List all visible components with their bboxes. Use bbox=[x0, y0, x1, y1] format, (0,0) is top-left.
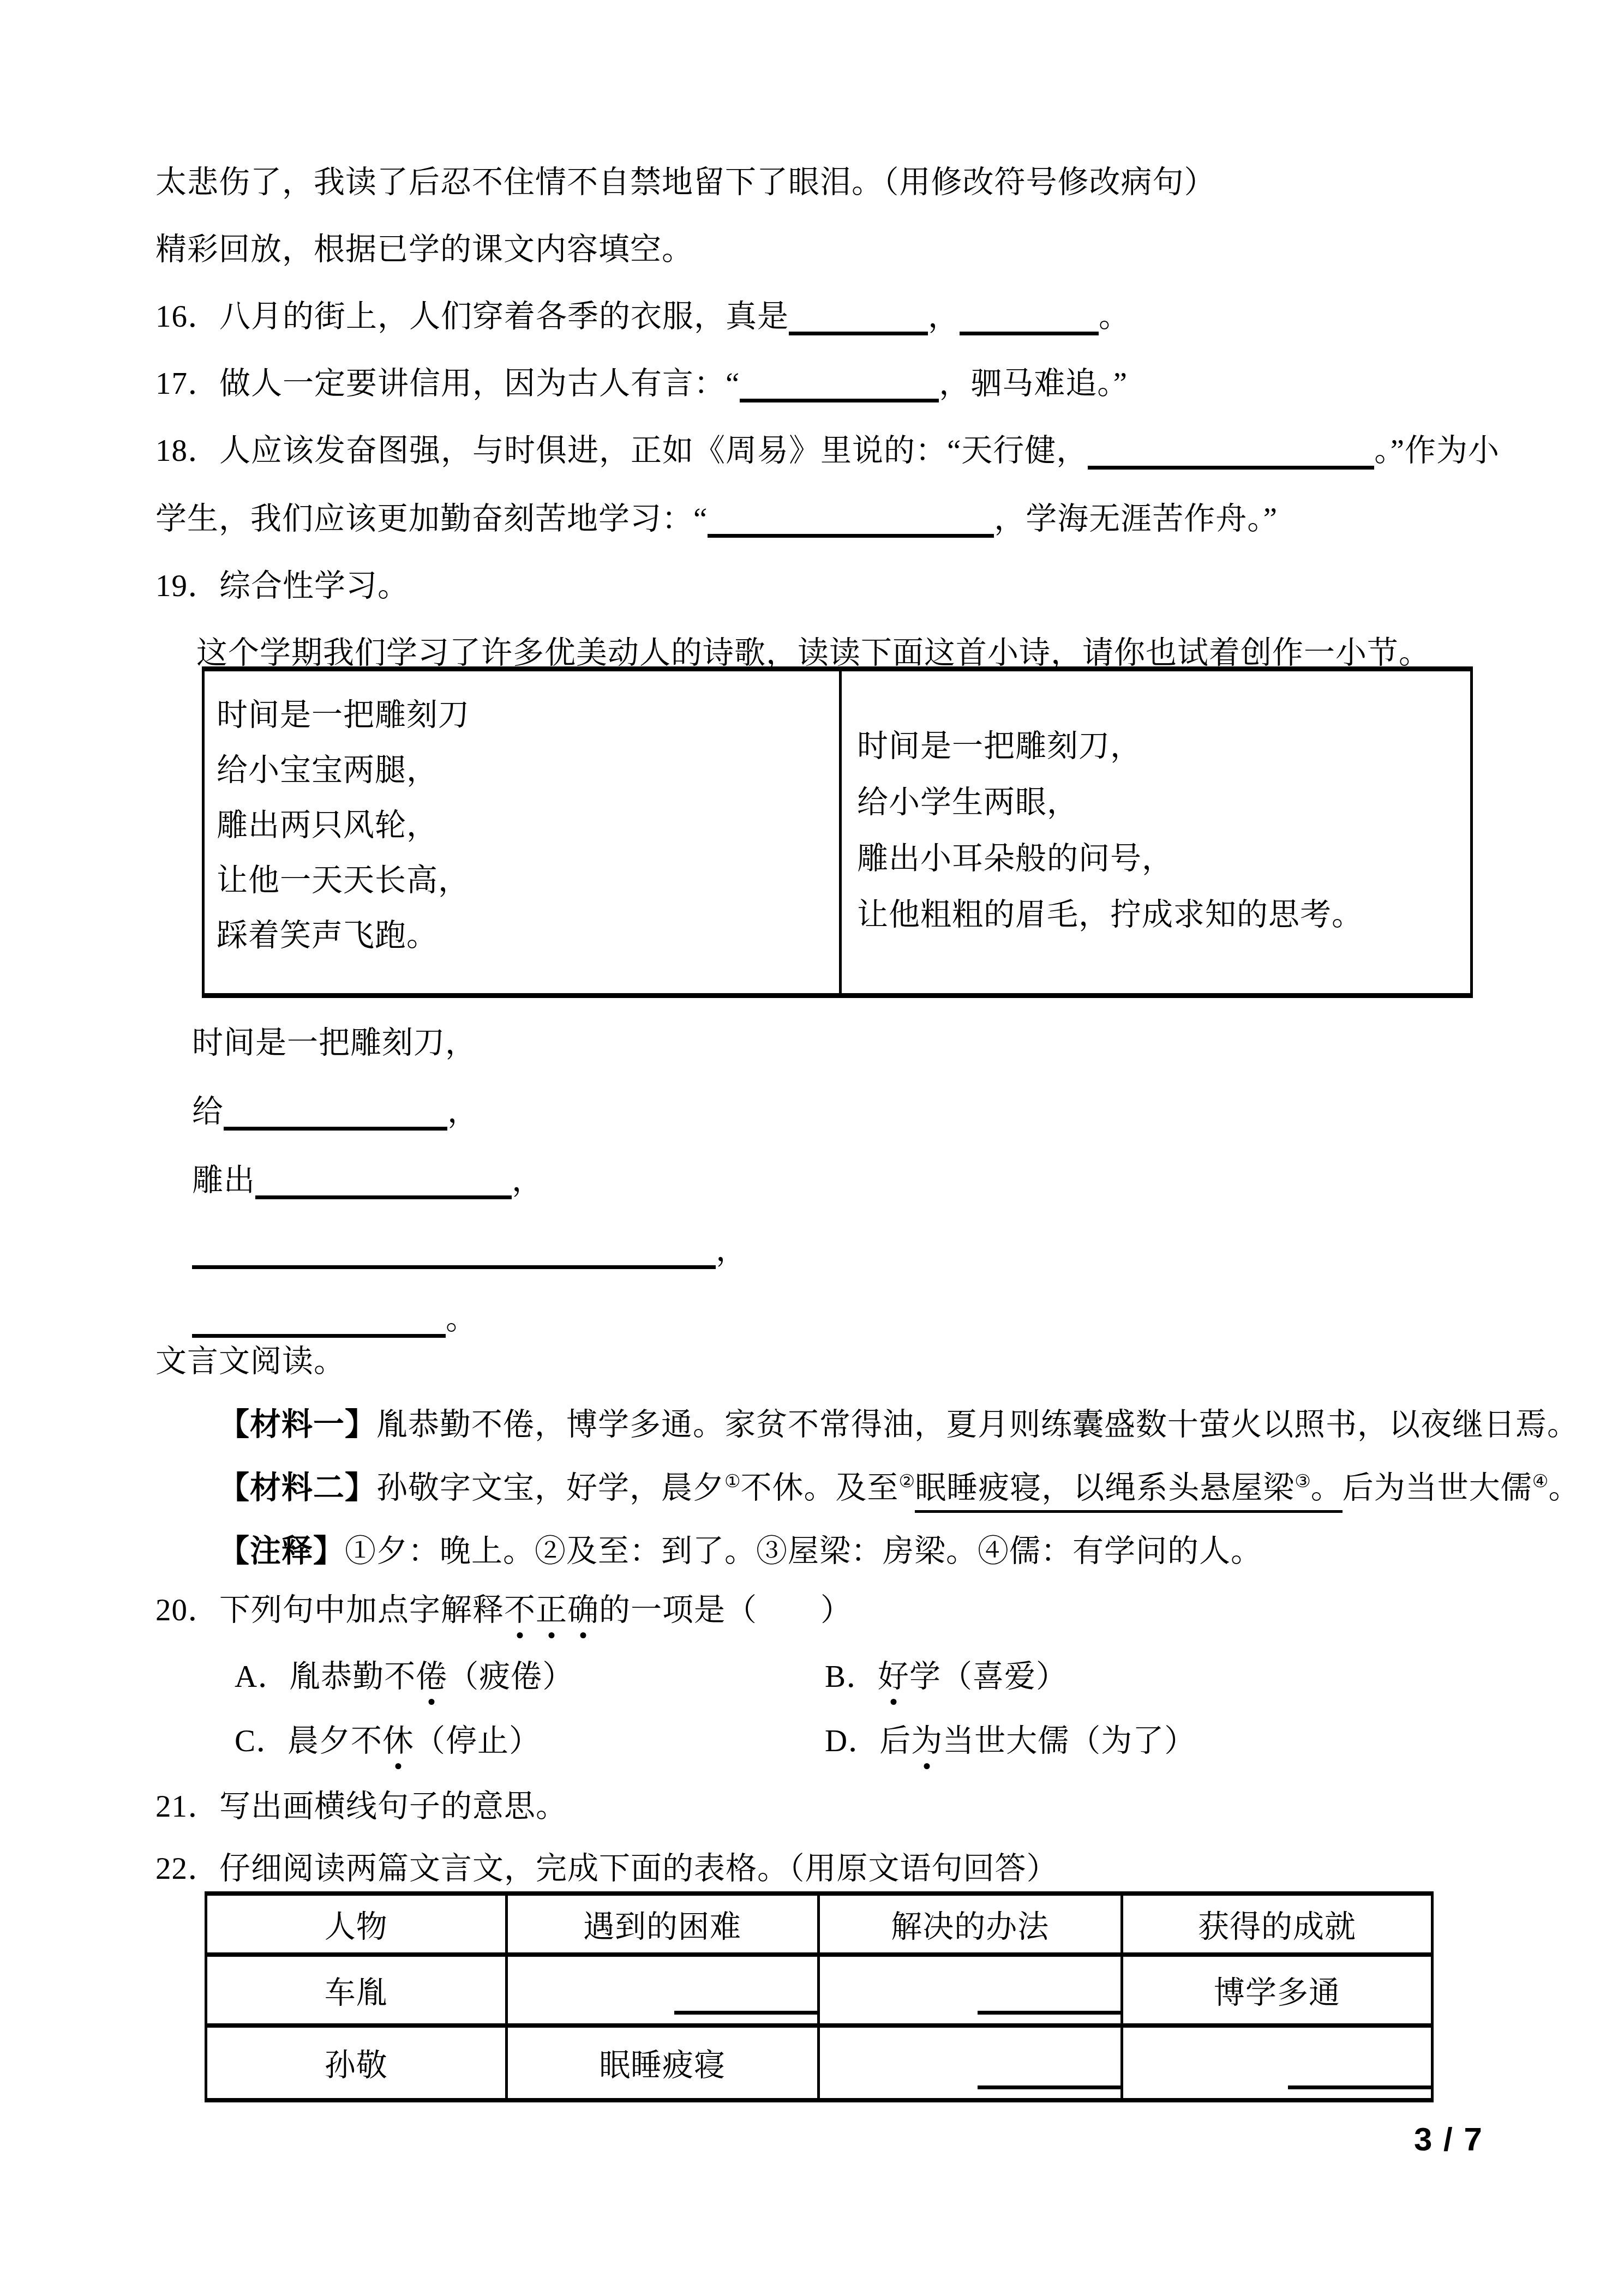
cell-text: 博学多通 bbox=[1214, 1968, 1340, 2012]
question-21-text: 写出画横线句子的意思。 bbox=[219, 1789, 567, 1824]
punctuation: 。 bbox=[1548, 1471, 1580, 1505]
question-22-text: 仔细阅读两篇文言文，完成下面的表格。（用原文语句回答） bbox=[219, 1852, 1058, 1886]
option-a-pre: 胤恭勤不 bbox=[289, 1660, 416, 1694]
punctuation: ， bbox=[512, 1163, 543, 1198]
poem-example-table: 时间是一把雕刻刀 给小宝宝两腿， 雕出两只风轮， 让他一天天长高， 踩着笑声飞跑… bbox=[202, 666, 1473, 998]
question-19: 19．综合性学习。 bbox=[155, 567, 409, 605]
punctuation: 。 bbox=[1099, 299, 1130, 334]
cell-text: 孙敬 bbox=[325, 2040, 388, 2085]
table-cell-blank bbox=[508, 1957, 820, 2028]
exam-page: 太悲伤了，我读了后忍不住情不自禁地留下了眼泪。（用修改符号修改病句） 精彩回放，… bbox=[0, 0, 1624, 2296]
header-text: 获得的成就 bbox=[1198, 1902, 1356, 1946]
fill-blank bbox=[978, 2011, 1120, 2015]
material-2-text-a: 孙敬字文宝，好学，晨夕 bbox=[376, 1471, 724, 1505]
poem-line: 给小宝宝两腿， bbox=[217, 743, 839, 798]
option-b-post: 学（喜爱） bbox=[909, 1660, 1068, 1694]
section-recall-text: 精彩回放，根据已学的课文内容填空。 bbox=[155, 232, 693, 267]
table-cell-blank bbox=[1123, 2028, 1431, 2099]
note-ref-3: ③ bbox=[1295, 1472, 1311, 1492]
punctuation: ， bbox=[716, 1233, 747, 1267]
page-number-text: 3 / 7 bbox=[1414, 2121, 1483, 2157]
question-18-line2: 学生，我们应该更加勤奋刻苦地学习：“，学海无涯苦作舟。” bbox=[155, 500, 1278, 538]
material-2-label: 【材料二】 bbox=[218, 1471, 376, 1505]
emphasized-char: 为 bbox=[911, 1722, 943, 1760]
question-19-intro-text: 这个学期我们学习了许多优美动人的诗歌，读读下面这首小诗，请你也试着创作一小节。 bbox=[196, 636, 1430, 670]
question-19-title: 综合性学习。 bbox=[219, 569, 409, 603]
cell-text: 眠睡疲寝 bbox=[599, 2040, 726, 2085]
table-header-solution: 解决的办法 bbox=[820, 1896, 1123, 1957]
material-2-line: 【材料二】孙敬字文宝，好学，晨夕①不休。及至②眠睡疲寝，以绳系头悬屋梁③。后为当… bbox=[218, 1469, 1580, 1507]
poem-line: 让他一天天长高， bbox=[217, 853, 839, 908]
creation-line-2: 给， bbox=[192, 1093, 479, 1131]
fill-blank bbox=[674, 2011, 817, 2015]
note-ref-1: ① bbox=[724, 1472, 741, 1492]
poem-line: 雕出两只风轮， bbox=[217, 798, 839, 853]
question-21: 21．写出画横线句子的意思。 bbox=[155, 1788, 567, 1826]
emphasized-char: 不 bbox=[504, 1591, 536, 1630]
question-22: 22．仔细阅读两篇文言文，完成下面的表格。（用原文语句回答） bbox=[155, 1850, 1058, 1888]
option-d-post: 当世大儒（为了） bbox=[943, 1724, 1196, 1758]
table-row: 孙敬 bbox=[207, 2028, 508, 2099]
question-22-number: 22． bbox=[155, 1852, 219, 1886]
fill-blank bbox=[224, 1119, 447, 1131]
poem-right-cell: 时间是一把雕刻刀， 给小学生两眼， 雕出小耳朵般的问号， 让他粗粗的眉毛，拧成求… bbox=[842, 671, 1470, 993]
creation-line-1-text: 时间是一把雕刻刀， bbox=[192, 1026, 477, 1060]
question-20-number: 20． bbox=[155, 1593, 219, 1627]
poem-line: 给小学生两眼， bbox=[857, 774, 1470, 831]
question-17: 17．做人一定要讲信用，因为古人有言：“，驷马难追。” bbox=[155, 365, 1128, 403]
punctuation: 。 bbox=[446, 1302, 477, 1336]
table-cell-blank bbox=[820, 1957, 1123, 2028]
emphasized-char: 正 bbox=[536, 1591, 567, 1630]
option-b-label: B． bbox=[825, 1660, 878, 1694]
table-cell-blank bbox=[820, 2028, 1123, 2099]
material-2-text-b: 不休。及至 bbox=[741, 1471, 899, 1505]
option-b: B．好学（喜爱） bbox=[825, 1658, 1068, 1696]
question-17-text: 做人一定要讲信用，因为古人有言：“ bbox=[219, 366, 740, 401]
fill-blank bbox=[960, 324, 1099, 335]
question-18-text4: ，学海无涯苦作舟。” bbox=[994, 502, 1278, 536]
table-header-achievement: 获得的成就 bbox=[1123, 1896, 1431, 1957]
notes-line: 【注释】①夕：晚上。②及至：到了。③屋梁：房梁。④儒：有学问的人。 bbox=[218, 1532, 1262, 1571]
creation-line-4: ， bbox=[192, 1231, 747, 1270]
emphasized-char: 倦 bbox=[416, 1658, 447, 1696]
table-row: 眠睡疲寝 bbox=[508, 2028, 820, 2099]
question-22-table: 人物 遇到的困难 解决的办法 获得的成就 车胤 博学多通 孙敬 眠睡疲寝 bbox=[205, 1891, 1434, 2102]
question-18-text2: 。”作为小 bbox=[1374, 434, 1500, 468]
option-a-post: （疲倦） bbox=[447, 1660, 574, 1694]
question-18-line1: 18．人应该发奋图强，与时俱进，正如《周易》里说的：“天行健，。”作为小 bbox=[155, 432, 1500, 470]
wenyan-section-title: 文言文阅读。 bbox=[155, 1343, 345, 1381]
header-text: 人物 bbox=[325, 1902, 388, 1946]
poem-line: 雕出小耳朵般的问号， bbox=[857, 831, 1470, 887]
question-20: 20．下列句中加点字解释不正确的一项是（ ） bbox=[155, 1591, 852, 1630]
section-recall-intro: 精彩回放，根据已学的课文内容填空。 bbox=[155, 231, 693, 269]
option-d-pre: 后 bbox=[879, 1724, 911, 1758]
option-d: D．后为当世大儒（为了） bbox=[825, 1722, 1196, 1760]
note-ref-2: ② bbox=[899, 1472, 915, 1492]
emphasized-char: 好 bbox=[878, 1658, 909, 1696]
sentence-correction-line: 太悲伤了，我读了后忍不住情不自禁地留下了眼泪。（用修改符号修改病句） bbox=[155, 164, 1216, 202]
fill-blank bbox=[978, 2085, 1120, 2089]
table-header-difficulty: 遇到的困难 bbox=[508, 1896, 820, 1957]
notes-text: ①夕：晚上。②及至：到了。③屋梁：房梁。④儒：有学问的人。 bbox=[345, 1534, 1262, 1568]
punctuation: ， bbox=[928, 299, 960, 334]
fill-blank bbox=[255, 1188, 512, 1199]
material-2-text-c: 后为当世大儒 bbox=[1343, 1471, 1532, 1505]
fill-blank bbox=[708, 526, 994, 538]
notes-label: 【注释】 bbox=[218, 1534, 345, 1568]
poem-line: 让他粗粗的眉毛，拧成求知的思考。 bbox=[857, 887, 1470, 943]
fill-blank bbox=[789, 324, 928, 335]
question-18-text1: 人应该发奋图强，与时俱进，正如《周易》里说的：“天行健， bbox=[219, 434, 1088, 468]
fill-blank bbox=[740, 391, 939, 402]
option-a-label: A． bbox=[235, 1660, 289, 1694]
question-17-number: 17． bbox=[155, 366, 219, 401]
question-20-pre: 下列句中加点字解释 bbox=[219, 1593, 504, 1627]
fill-blank bbox=[192, 1326, 446, 1338]
wenyan-title-text: 文言文阅读。 bbox=[155, 1344, 345, 1379]
question-17-after: ，驷马难追。” bbox=[939, 366, 1128, 401]
option-c-post: （停止） bbox=[414, 1724, 541, 1758]
punctuation: 。 bbox=[1311, 1471, 1343, 1505]
option-c-pre: 晨夕不 bbox=[287, 1724, 382, 1758]
fill-blank bbox=[1088, 458, 1374, 470]
page-number: 3 / 7 bbox=[1414, 2120, 1483, 2158]
question-19-number: 19． bbox=[155, 569, 219, 603]
table-row: 车胤 bbox=[207, 1957, 508, 2028]
question-16: 16．八月的街上，人们穿着各季的衣服，真是，。 bbox=[155, 298, 1130, 336]
table-row: 博学多通 bbox=[1123, 1957, 1431, 2028]
emphasized-char: 休 bbox=[382, 1722, 414, 1760]
table-header-person: 人物 bbox=[207, 1896, 508, 1957]
creation-line-2-prefix: 给 bbox=[192, 1095, 224, 1129]
question-16-number: 16． bbox=[155, 299, 219, 334]
question-18-text3: 学生，我们应该更加勤奋刻苦地学习：“ bbox=[155, 502, 708, 536]
underlined-sentence: 眠睡疲寝，以绳系头悬屋梁③。 bbox=[915, 1471, 1343, 1513]
sentence-correction-text: 太悲伤了，我读了后忍不住情不自禁地留下了眼泪。（用修改符号修改病句） bbox=[155, 165, 1216, 200]
option-c: C．晨夕不休（停止） bbox=[235, 1722, 541, 1760]
fill-blank bbox=[1288, 2085, 1431, 2089]
material-1-label: 【材料一】 bbox=[218, 1408, 376, 1442]
question-20-post: 的一项是（ ） bbox=[599, 1593, 852, 1627]
creation-line-5: 。 bbox=[192, 1300, 477, 1338]
option-d-label: D． bbox=[825, 1724, 879, 1758]
creation-line-3: 雕出， bbox=[192, 1162, 543, 1200]
option-c-label: C． bbox=[235, 1724, 287, 1758]
poem-line: 时间是一把雕刻刀， bbox=[857, 718, 1470, 774]
fill-blank bbox=[192, 1258, 716, 1269]
material-1-line: 【材料一】胤恭勤不倦，博学多通。家贫不常得油，夏月则练囊盛数十萤火以照书，以夜继… bbox=[218, 1406, 1579, 1444]
underlined-sentence-text: 眠睡疲寝，以绳系头悬屋梁 bbox=[915, 1471, 1295, 1505]
cell-text: 车胤 bbox=[325, 1968, 388, 2012]
material-1-text: 胤恭勤不倦，博学多通。家贫不常得油，夏月则练囊盛数十萤火以照书，以夜继日焉。 bbox=[376, 1408, 1579, 1442]
header-text: 解决的办法 bbox=[891, 1902, 1049, 1946]
option-a: A．胤恭勤不倦（疲倦） bbox=[235, 1658, 574, 1696]
poem-left-cell: 时间是一把雕刻刀 给小宝宝两腿， 雕出两只风轮， 让他一天天长高， 踩着笑声飞跑… bbox=[205, 671, 842, 993]
emphasized-char: 确 bbox=[567, 1591, 599, 1630]
poem-line: 踩着笑声飞跑。 bbox=[217, 908, 839, 963]
creation-line-1: 时间是一把雕刻刀， bbox=[192, 1024, 477, 1062]
header-text: 遇到的困难 bbox=[583, 1902, 741, 1946]
question-16-text: 八月的街上，人们穿着各季的衣服，真是 bbox=[219, 299, 789, 334]
question-21-number: 21． bbox=[155, 1789, 219, 1824]
poem-line: 时间是一把雕刻刀 bbox=[217, 688, 839, 743]
note-ref-4: ④ bbox=[1532, 1472, 1549, 1492]
question-18-number: 18． bbox=[155, 434, 219, 468]
punctuation: ， bbox=[447, 1095, 479, 1129]
creation-line-3-prefix: 雕出 bbox=[192, 1163, 255, 1198]
